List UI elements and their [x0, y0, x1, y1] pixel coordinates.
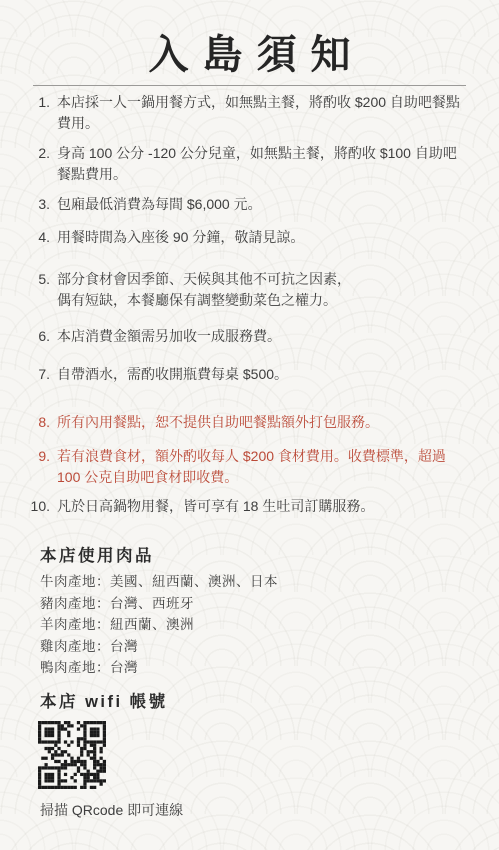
item-text: 身高 100 公分 -120 公分兒童，如無點主餐，將酌收 $100 自助吧餐點…	[57, 143, 463, 185]
item-number: 2.	[30, 143, 50, 185]
page-title: 入島須知	[0, 32, 499, 78]
item-text: 包廂最低消費為每間 $6,000 元。	[57, 194, 463, 215]
item-text: 所有內用餐點，恕不提供自助吧餐點額外打包服務。	[57, 412, 463, 433]
item-number: 6.	[30, 326, 50, 347]
notice-item: 3. 包廂最低消費為每間 $6,000 元。	[30, 194, 463, 215]
pork-origin-line: 豬肉產地：台灣、西班牙	[40, 593, 463, 615]
item-text: 凡於日高鍋物用餐，皆可享有 18 生吐司訂購服務。	[57, 496, 463, 517]
notice-item: 7. 自帶酒水，需酌收開瓶費每桌 $500。	[30, 364, 463, 385]
notice-sheet: 入島須知 1. 本店採一人一鍋用餐方式，如無點主餐，將酌收 $200 自助吧餐點…	[0, 0, 499, 850]
duck-origin-line: 鴨肉產地：台灣	[40, 657, 463, 679]
item-number: 1.	[30, 92, 50, 134]
item-text: 用餐時間為入座後 90 分鐘，敬請見諒。	[57, 227, 463, 248]
notice-item: 4. 用餐時間為入座後 90 分鐘，敬請見諒。	[30, 227, 463, 248]
notice-item: 5. 部分食材會因季節、天候與其他不可抗之因素， 偶有短缺，本餐廳保有調整變動菜…	[30, 269, 463, 311]
item-number: 7.	[30, 364, 50, 385]
item-text: 本店消費金額需另加收一成服務費。	[57, 326, 463, 347]
item-text: 本店採一人一鍋用餐方式，如無點主餐，將酌收 $200 自助吧餐點費用。	[57, 92, 463, 134]
item-number: 3.	[30, 194, 50, 215]
chicken-origin-line: 雞肉產地：台灣	[40, 636, 463, 658]
notice-item: 6. 本店消費金額需另加收一成服務費。	[30, 326, 463, 347]
meat-section-title: 本店使用肉品	[40, 546, 463, 567]
meat-section: 本店使用肉品 牛肉產地：美國、紐西蘭、澳洲、日本 豬肉產地：台灣、西班牙 羊肉產…	[40, 546, 463, 679]
beef-origin-line: 牛肉產地：美國、紐西蘭、澳洲、日本	[40, 571, 463, 593]
notice-item: 9. 若有浪費食材，額外酌收每人 $200 食材費用。收費標準，超過 100 公…	[30, 446, 463, 488]
item-number: 8.	[30, 412, 50, 433]
notice-item: 2. 身高 100 公分 -120 公分兒童，如無點主餐，將酌收 $100 自助…	[30, 143, 463, 185]
lamb-origin-line: 羊肉產地：紐西蘭、澳洲	[40, 614, 463, 636]
wifi-qr-code-icon	[38, 721, 106, 789]
wifi-section: 本店 wifi 帳號 掃描 QRcode 即可連線	[40, 692, 463, 820]
notice-item: 10. 凡於日高鍋物用餐，皆可享有 18 生吐司訂購服務。	[30, 496, 463, 517]
notice-item: 1. 本店採一人一鍋用餐方式，如無點主餐，將酌收 $200 自助吧餐點費用。	[30, 92, 463, 134]
item-number: 10.	[30, 496, 50, 517]
item-number: 4.	[30, 227, 50, 248]
notice-list: 1. 本店採一人一鍋用餐方式，如無點主餐，將酌收 $200 自助吧餐點費用。 2…	[30, 92, 463, 517]
notice-item: 8. 所有內用餐點，恕不提供自助吧餐點額外打包服務。	[30, 412, 463, 433]
item-text: 部分食材會因季節、天候與其他不可抗之因素， 偶有短缺，本餐廳保有調整變動菜色之權…	[57, 269, 463, 311]
item-text: 若有浪費食材，額外酌收每人 $200 食材費用。收費標準，超過 100 公克自助…	[57, 446, 463, 488]
item-text: 自帶酒水，需酌收開瓶費每桌 $500。	[57, 364, 463, 385]
qr-caption: 掃描 QRcode 即可連線	[40, 800, 463, 820]
item-number: 9.	[30, 446, 50, 488]
item-number: 5.	[30, 269, 50, 311]
wifi-section-title: 本店 wifi 帳號	[40, 692, 463, 713]
title-divider	[33, 85, 466, 86]
